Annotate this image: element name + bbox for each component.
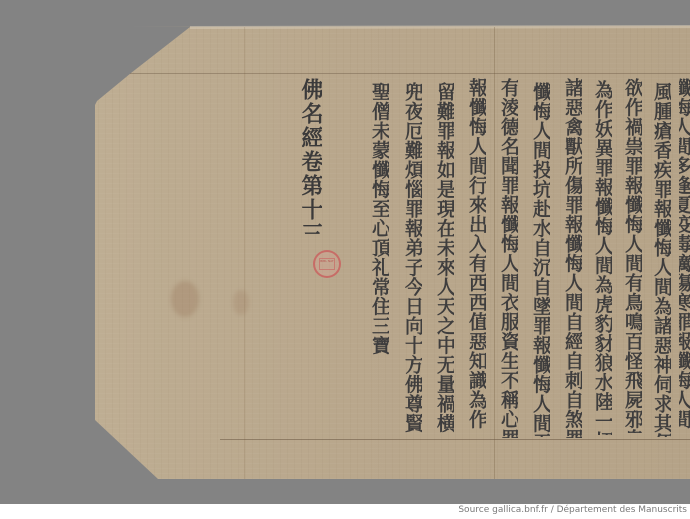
stain-mark [171,281,199,317]
stain-mark [233,290,249,315]
text-column-3: 留難罪報如是現在未來人天之中无量禍横 [435,82,454,437]
paper-join-line [494,27,495,479]
seal-inscription: BIBL NAT [319,258,335,270]
source-credit: Source gallica.bnf.fr / Département des … [458,505,687,515]
text-column-8: 為作妖異罪報懺悔人間為虎豹豺狼水陸一切 [593,80,612,435]
text-column-10: 風腫瘡香疾罪報懺悔人間為諸惡神伺求其便 [652,82,671,437]
text-column-7: 諸惡禽獸所傷罪報懺悔人間自經自刺自煞罪 [563,78,582,438]
paper-fold-line [244,27,245,479]
text-column-5: 有淩德名聞罪報懺悔人間衣服資生不稱心罪 [499,78,518,438]
text-column-11-partial: 懺悔人間多逢夏疫毒癘傷寒罪報懺悔人間 [679,78,690,433]
bottom-ruling-line [220,439,690,440]
library-seal-stamp: BIBL NAT [313,250,341,278]
top-ruling-line [130,73,690,74]
text-column-9: 欲作禍祟罪報懺悔人間有鳥鳴百怪飛屍邪鬼 [623,78,642,433]
text-column-4: 報懺悔人間行來出入有西西值惡知識為作 [467,78,486,433]
text-column-2: 兜夜厄難煩惱罪報弟子今日向十方佛尊賢 [403,82,422,437]
manuscript-viewer: 佛名經卷第十三 BIBL NAT 聖僧未蒙懺悔至心頂礼常住三寶 兜夜厄難煩惱罪報… [0,0,690,504]
source-caption-bar: Source gallica.bnf.fr / Département des … [0,504,690,519]
text-column-6: 懺悔人間投坑赴水自沉自墜罪報懺悔人間无 [531,82,550,437]
manuscript-scroll [0,0,690,504]
text-column-1: 聖僧未蒙懺悔至心頂礼常住三寶 [370,82,389,372]
sutra-title-column: 佛名經卷第十三 [300,78,322,238]
